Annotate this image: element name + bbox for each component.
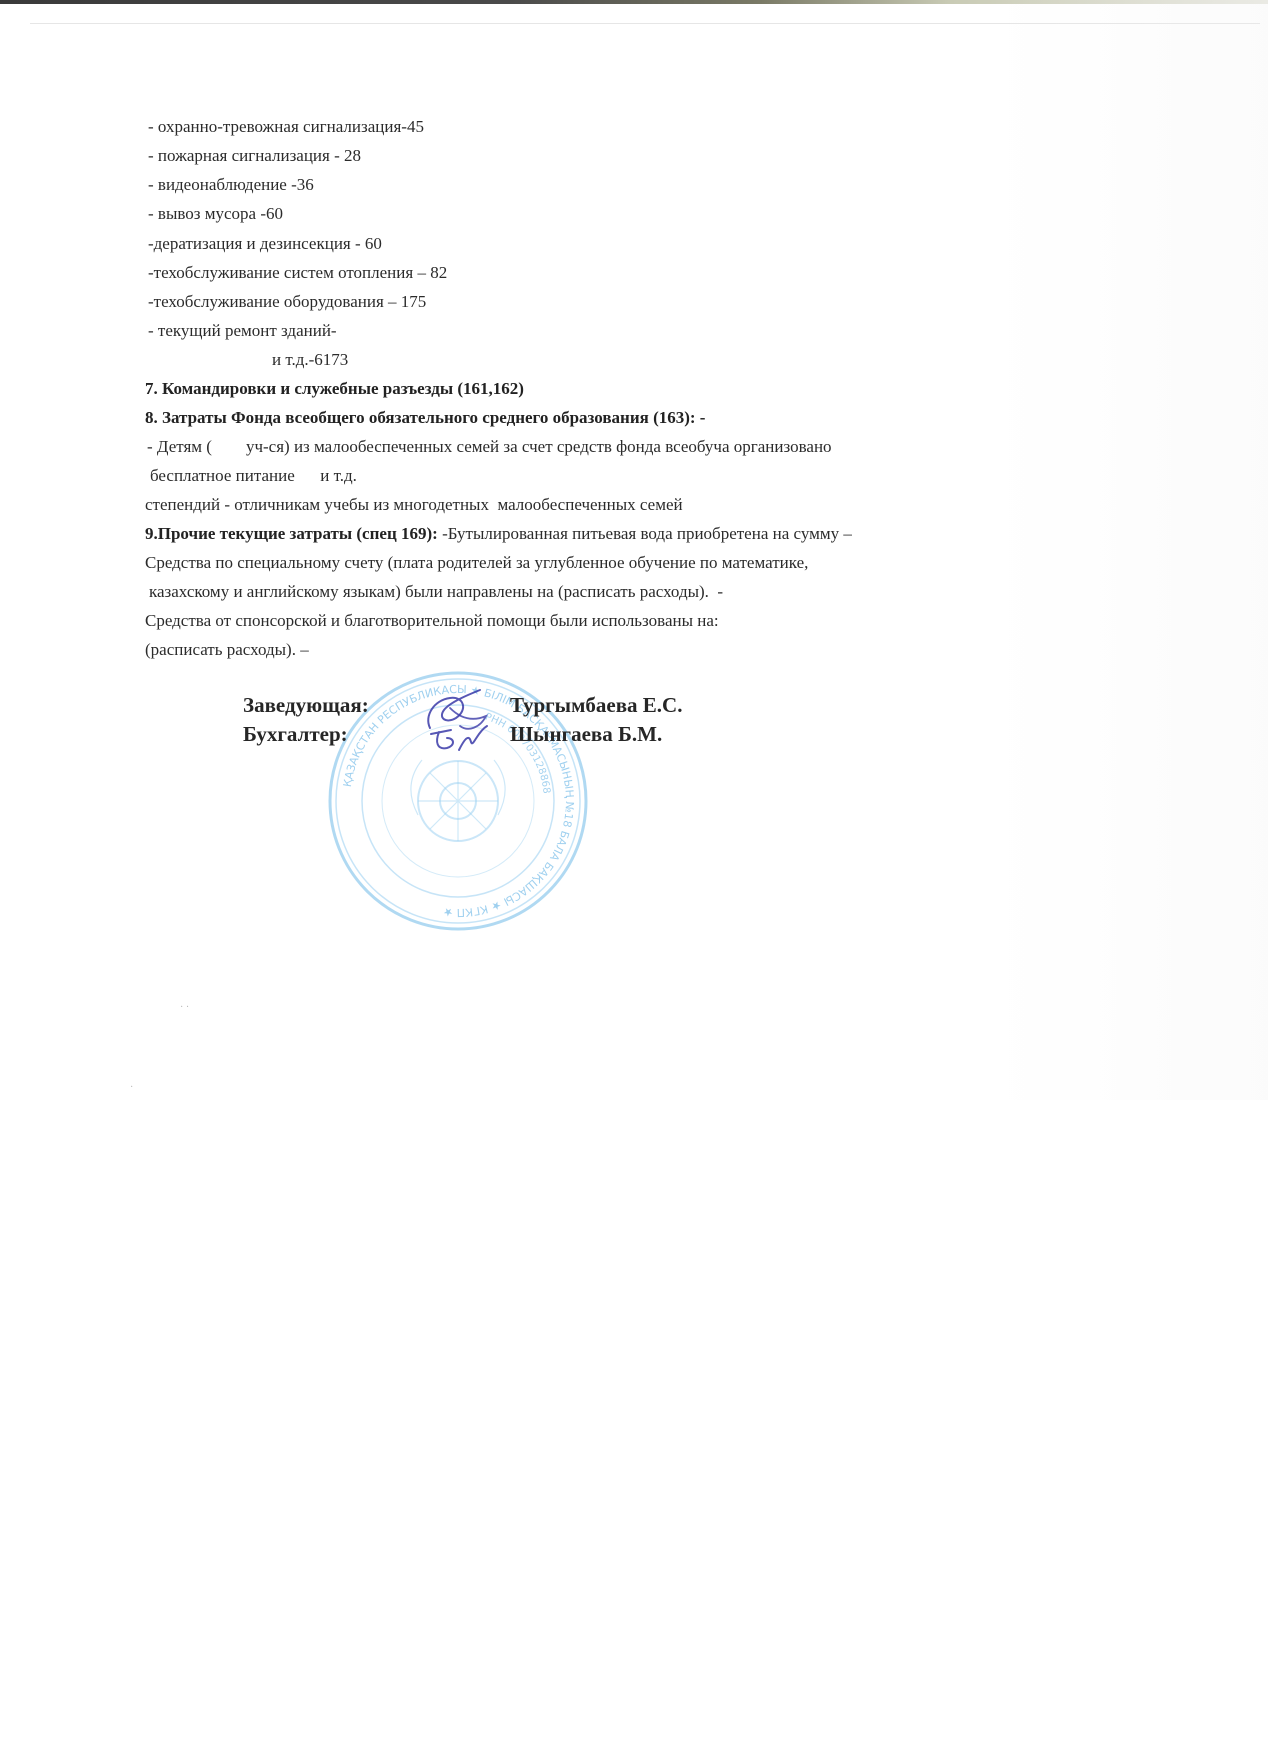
expense-item: -дератизация и дезинсекция - 60 (148, 234, 382, 254)
section-9-text: (расписать расходы). – (145, 640, 309, 660)
expense-item: - охранно-тревожная сигнализация-45 (148, 117, 424, 137)
section-9-text: Средства от спонсорской и благотворитель… (145, 611, 719, 631)
expense-item: -техобслуживание оборудования – 175 (148, 292, 426, 312)
section-8-text: бесплатное питание и т.д. (150, 466, 357, 486)
section-9-heading: 9.Прочие текущие затраты (спец 169): (145, 524, 438, 543)
document-page: - охранно-тревожная сигнализация-45 - по… (0, 0, 1268, 1756)
expense-item: - текущий ремонт зданий- (148, 321, 337, 341)
scan-artifact: · (130, 1082, 133, 1093)
expense-item: -техобслуживание систем отопления – 82 (148, 263, 447, 283)
expense-item-total: и т.д.-6173 (272, 350, 348, 370)
handwritten-signature-icon (425, 720, 495, 756)
section-7-heading: 7. Командировки и служебные разъезды (16… (145, 379, 524, 399)
expense-item: - видеонаблюдение -36 (148, 175, 314, 195)
signature-role-accountant: Бухгалтер: (243, 722, 348, 747)
section-8-heading: 8. Затраты Фонда всеобщего обязательного… (145, 408, 705, 428)
expense-item: - вывоз мусора -60 (148, 204, 283, 224)
section-9-text: Средства по специальному счету (плата ро… (145, 553, 808, 573)
signature-role-head: Заведующая: (243, 693, 369, 718)
section-9-line: 9.Прочие текущие затраты (спец 169): -Бу… (145, 524, 852, 544)
section-9-heading-rest: -Бутылированная питьевая вода приобретен… (438, 524, 852, 543)
scan-artifact: · · (180, 1002, 189, 1013)
section-8-text: степендий - отличникам учебы из многодет… (145, 495, 683, 515)
signature-name-accountant: Шынгаева Б.М. (510, 722, 662, 747)
expense-item: - пожарная сигнализация - 28 (148, 146, 361, 166)
section-9-text: казахскому и английскому языкам) были на… (149, 582, 723, 602)
section-8-text: - Детям ( уч-ся) из малообеспеченных сем… (147, 437, 832, 457)
signature-name-head: Тургымбаева Е.С. (510, 693, 682, 718)
